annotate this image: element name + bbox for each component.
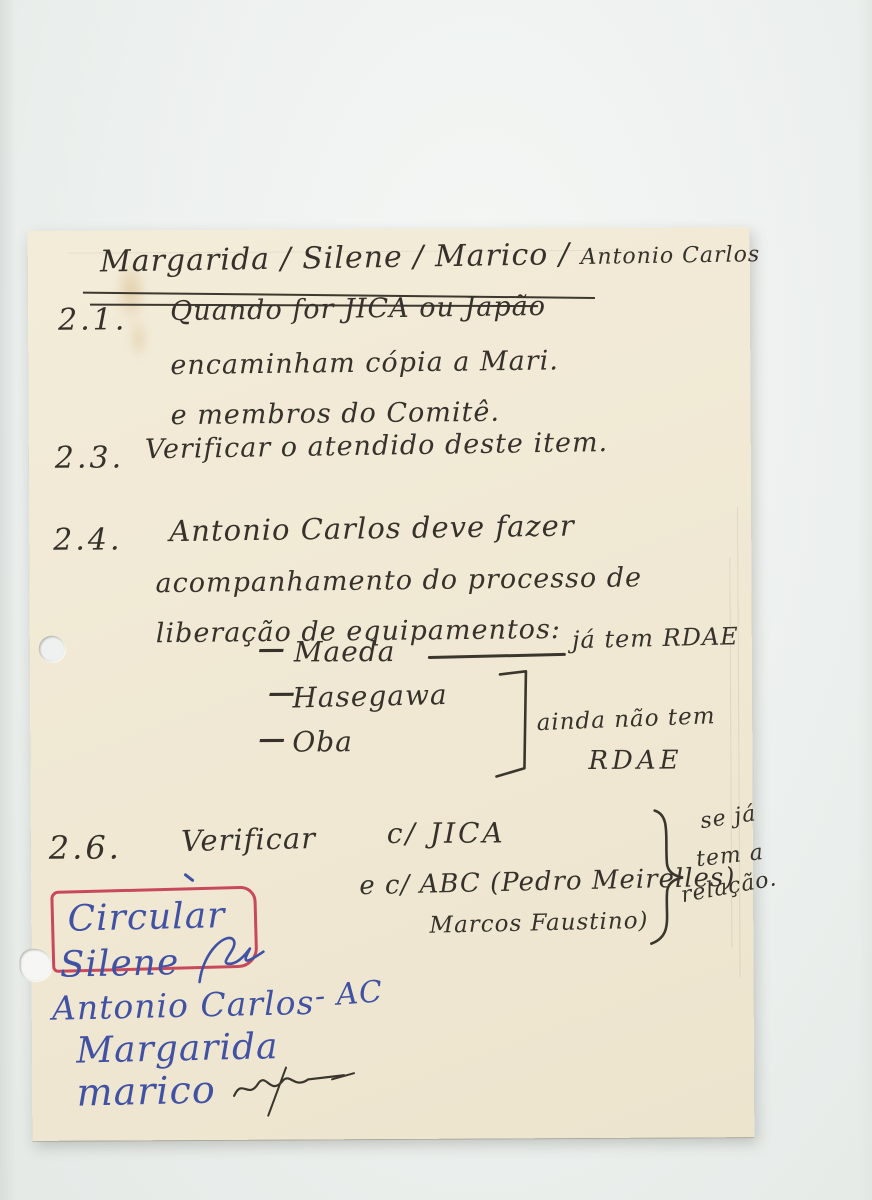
margin-brace [645, 807, 696, 947]
item-2-1-line-3: e membros do Comitê. [171, 397, 501, 431]
equipment-name-hasegawa: Hasegawa [292, 678, 448, 715]
signature-antonio-carlos: Antonio Carlos [52, 983, 315, 1028]
margin-note-1: se já [699, 801, 758, 834]
signature-marico: marico [76, 1067, 216, 1114]
margin-note-2: tem a [695, 840, 765, 872]
scan-background: Margarida / Silene / Marico / Antonio Ca… [0, 0, 872, 1200]
header-names-end: Antonio Carlos [580, 242, 760, 270]
signature-marico-black-scribble [228, 1061, 368, 1118]
header-names: Margarida / Silene / Marico / Antonio Ca… [100, 234, 761, 279]
item-2-4-line-2: acompanhamento do processo de [155, 562, 642, 599]
handwritten-note-paper: Margarida / Silene / Marico / Antonio Ca… [28, 227, 755, 1141]
equipment-name-maeda: Maeda [294, 635, 396, 669]
item-2-6-with-abc-2: Marcos Faustino) [429, 908, 649, 939]
punch-hole-torn [19, 949, 51, 981]
paper-stain [126, 316, 150, 360]
signature-silene-flourish [193, 930, 271, 990]
item-2-6-number: 2.6. [49, 828, 122, 866]
equipment-bullet-maeda: — [258, 634, 286, 665]
header-names-main: Margarida / Silene / Marico / [100, 237, 581, 280]
item-2-1-line-2: encaminham cópia a Mari. [170, 345, 559, 381]
item-2-1-line-1: Quando for JICA ou Japão [170, 291, 546, 327]
maeda-connector-line [428, 653, 566, 659]
item-2-3-number: 2.3. [55, 440, 124, 475]
paper-crease [737, 507, 740, 977]
signature-silene: Silene [59, 942, 179, 986]
item-2-3-line-1: Verificar o atendido deste item. [145, 427, 609, 465]
circular-accent-mark [183, 873, 194, 883]
punch-hole [39, 636, 65, 662]
equipment-note-maeda: já tem RDAE [572, 622, 739, 654]
item-2-1-number: 2.1. [58, 302, 127, 337]
equipment-note-pending-2: RDAE [588, 745, 682, 775]
equipment-bullet-oba: — [258, 724, 286, 755]
item-2-4-number: 2.4. [53, 522, 122, 557]
equipment-note-pending: ainda não tem [536, 703, 716, 736]
grouping-bracket [492, 668, 535, 780]
item-2-6-verb: Verificar [181, 821, 317, 858]
item-2-4-line-1: Antonio Carlos deve fazer [169, 508, 575, 548]
signature-antonio-carlos-mark: - AC [314, 974, 385, 1014]
equipment-name-oba: Oba [292, 725, 353, 758]
item-2-6-with-jica: c/ JICA [387, 816, 506, 850]
